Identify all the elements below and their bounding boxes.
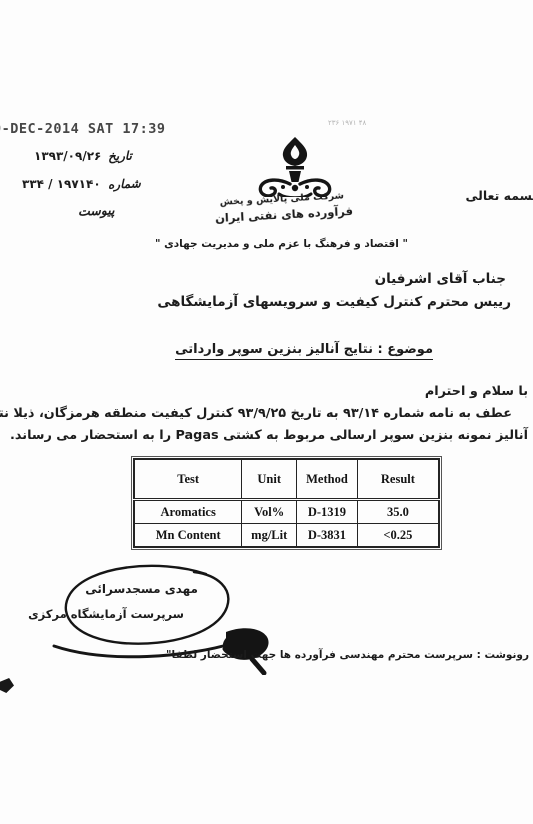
signer-name: مهدی مسجدسرائی: [88, 582, 198, 596]
signer-title: سرپرست آزمایشگاه مرکزی: [44, 607, 184, 621]
header-method: Method: [297, 459, 358, 500]
date-value: ۱۳۹۳/۰۹/۲۶: [34, 149, 101, 163]
recipient-title-line: رییس محترم کنترل کیفیت و سرویسهای آزمایش…: [157, 294, 511, 310]
nioc-torch-emblem-icon: [250, 137, 340, 197]
cell-method: D-3831: [297, 524, 358, 548]
body-line-1: عطف به نامه شماره ۹۳/۱۴ به تاریخ ۹۳/۹/۲۵…: [28, 403, 528, 425]
header-unit: Unit: [242, 459, 297, 500]
recipient-name-line: جناب آقای اشرفیان: [375, 271, 506, 287]
cell-result: <0.25: [357, 524, 439, 548]
attachment-label: پیوست: [78, 202, 115, 218]
number-value: ۳۳۴ / ۱۹۷۱۴۰: [22, 177, 101, 191]
cell-test: Aromatics: [134, 500, 242, 524]
table-header-row: Test Unit Method Result: [134, 459, 439, 500]
cell-result: 35.0: [357, 500, 439, 524]
cell-method: D-1319: [297, 500, 358, 524]
fax-faint-remnant: ۲۳۶ ۱۹۷۱ ۴۸: [328, 119, 366, 127]
cell-test: Mn Content: [134, 524, 242, 548]
cc-note: رونوشت : سرپرست محترم مهندسی فرآورده ها …: [166, 649, 529, 661]
header-result: Result: [357, 459, 439, 500]
cell-unit: Vol%: [242, 500, 297, 524]
results-table: Test Unit Method Result Aromatics Vol% D…: [133, 458, 440, 548]
ref-date-row: تاریخ ۱۳۹۳/۰۹/۲۶: [34, 149, 132, 163]
table-row: Aromatics Vol% D-1319 35.0: [134, 500, 439, 524]
bismillah-text: بسمه تعالی: [465, 188, 533, 203]
fax-timestamp: 0-DEC-2014 SAT 17:39: [0, 121, 166, 137]
body-salutation: با سلام و احترام: [28, 381, 528, 403]
scan-artifact-blob: [0, 678, 14, 693]
header-test: Test: [134, 459, 242, 500]
body-line-2: آنالیز نمونه بنزین سوپر ارسالی مربوط به …: [28, 425, 528, 447]
table-row: Mn Content mg/Lit D-3831 <0.25: [134, 524, 439, 548]
date-label: تاریخ: [108, 149, 132, 164]
subject-line: موضوع : نتایج آنالیز بنزین سوپر وارداتی: [175, 342, 433, 360]
cell-unit: mg/Lit: [242, 524, 297, 548]
company-name-line2: فرآورده های نفتی ایران: [233, 204, 354, 224]
slogan-text: " اقتصاد و فرهنگ با عزم ملی و مدیریت جها…: [156, 238, 408, 250]
ref-number-row: شماره ۳۳۴ / ۱۹۷۱۴۰: [22, 177, 140, 191]
scanned-letter-page: 0-DEC-2014 SAT 17:39 ۲۳۶ ۱۹۷۱ ۴۸ بسمه تع…: [0, 0, 533, 824]
number-label: شماره: [107, 176, 140, 191]
letter-body: با سلام و احترام عطف به نامه شماره ۹۳/۱۴…: [28, 381, 528, 447]
